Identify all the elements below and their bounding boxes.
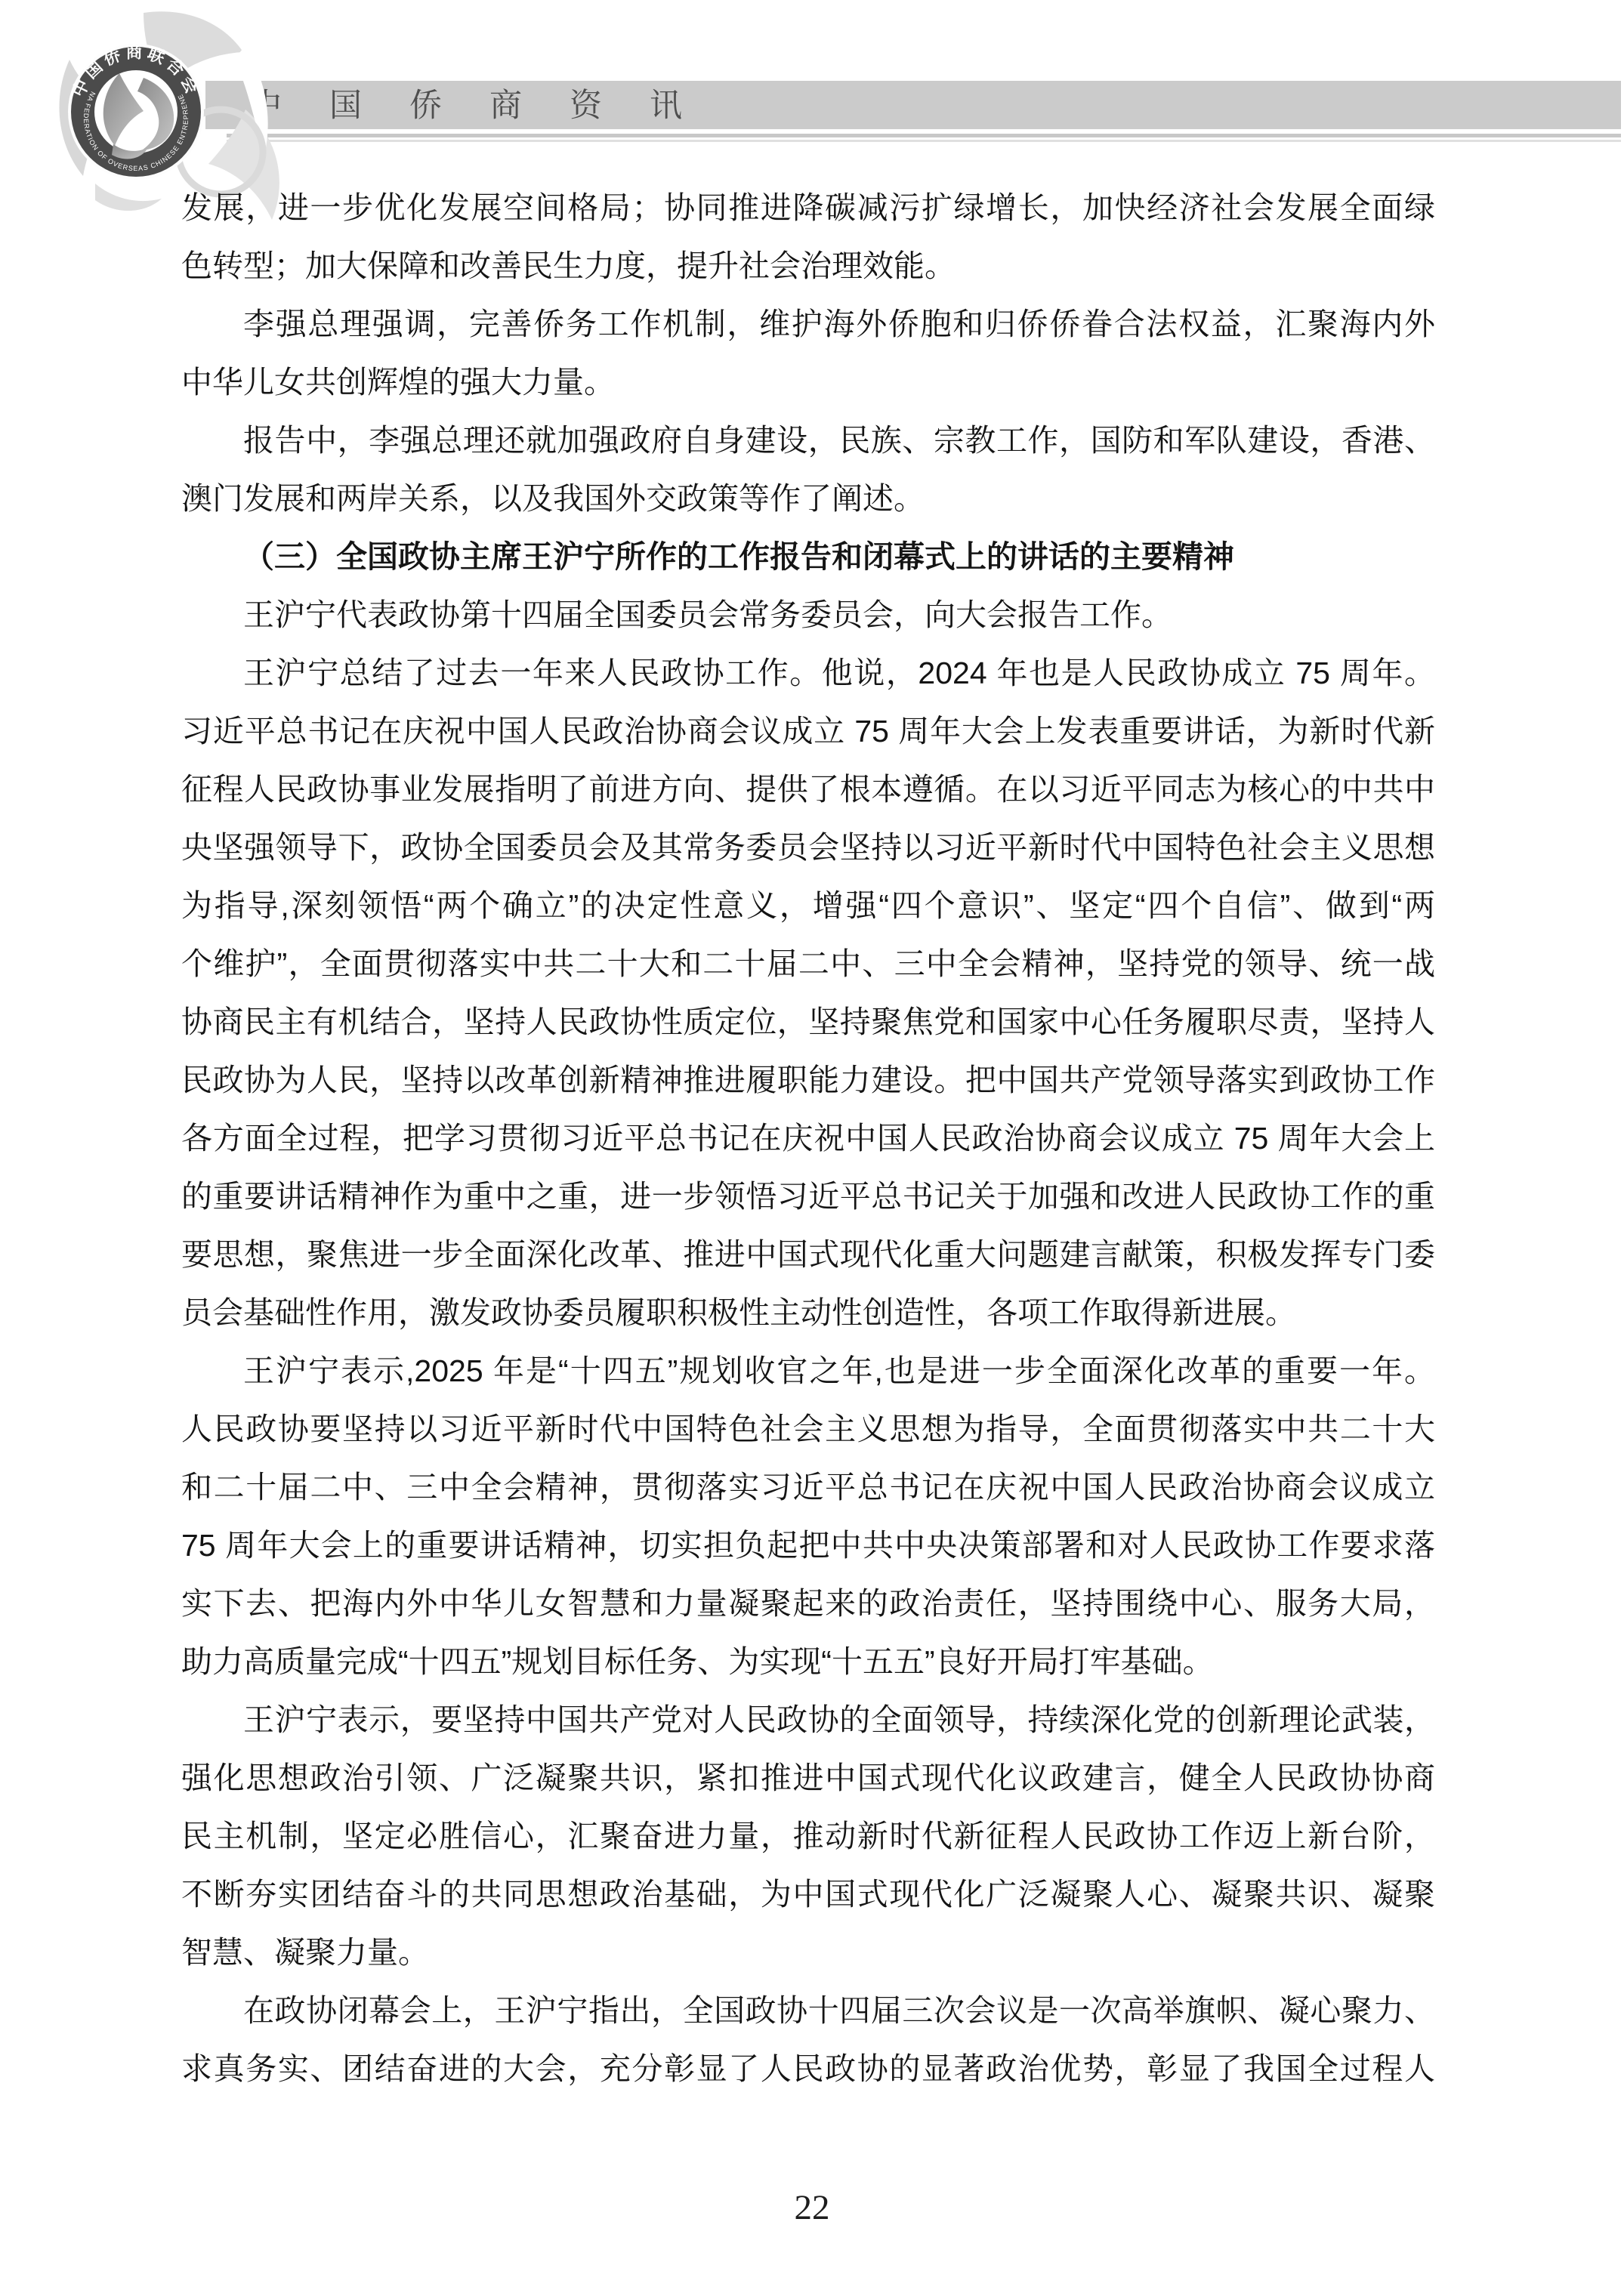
body-line: 民政协为人民，坚持以改革创新精神推进履职能力建设。把中国共产党领导落实到政协工作 [181,1051,1435,1109]
body-line: 民主机制，坚定必胜信心，汇聚奋进力量，推动新时代新征程人民政协工作迈上新台阶， [181,1807,1435,1866]
document-page: { "header": { "masthead_title": "中国侨商资讯"… [0,0,1624,2293]
body-line: 求真务实、团结奋进的大会，充分彰显了人民政协的显著政治优势，彰显了我国全过程人 [181,2040,1435,2098]
body-line: 助力高质量完成“十四五”规划目标任务、为实现“十五五”良好开局打牢基础。 [181,1633,1435,1691]
body-line: 报告中，李强总理还就加强政府自身建设，民族、宗教工作，国防和军队建设，香港、 [181,412,1435,470]
body-line: 习近平总书记在庆祝中国人民政治协商会议成立 75 周年大会上发表重要讲话，为新时… [181,702,1435,761]
body-line: 在政协闭幕会上，王沪宁指出，全国政协十四届三次会议是一次高举旗帜、凝心聚力、 [181,1982,1435,2040]
body-line: 央坚强领导下，政协全国委员会及其常务委员会坚持以习近平新时代中国特色社会主义思想 [181,819,1435,877]
body-line: 澳门发展和两岸关系，以及我国外交政策等作了阐述。 [181,470,1435,528]
body-line: 实下去、把海内外中华儿女智慧和力量凝聚起来的政治责任，坚持围绕中心、服务大局， [181,1575,1435,1633]
body-line: （三）全国政协主席王沪宁所作的工作报告和闭幕式上的讲话的主要精神 [181,528,1435,586]
body-line: 李强总理强调，完善侨务工作机制，维护海外侨胞和归侨侨眷合法权益，汇聚海内外 [181,295,1435,353]
body-line: 的重要讲话精神作为重中之重，进一步领悟习近平总书记关于加强和改进人民政协工作的重 [181,1168,1435,1226]
body-line: 协商民主有机结合，坚持人民政协性质定位，坚持聚焦党和国家中心任务履职尽责，坚持人 [181,993,1435,1051]
body-line: 中华儿女共创辉煌的强大力量。 [181,353,1435,412]
body-line: 各方面全过程，把学习贯彻习近平总书记在庆祝中国人民政治协商会议成立 75 周年大… [181,1109,1435,1168]
body-line: 智慧、凝聚力量。 [181,1924,1435,1982]
body-text: 发展，进一步优化发展空间格局；协同推进降碳减污扩绿增长，加快经济社会发展全面绿色… [181,179,1435,2098]
body-line: 要思想，聚焦进一步全面深化改革、推进中国式现代化重大问题建言献策，积极发挥专门委 [181,1226,1435,1284]
body-line: 王沪宁表示,2025 年是“十四五”规划收官之年,也是进一步全面深化改革的重要一… [181,1342,1435,1400]
masthead-rule-top [227,134,1621,137]
body-line: 王沪宁代表政协第十四届全国委员会常务委员会，向大会报告工作。 [181,586,1435,644]
body-line: 强化思想政治引领、广泛凝聚共识，紧扣推进中国式现代化议政建言，健全人民政协协商 [181,1749,1435,1807]
body-line: 不断夯实团结奋斗的共同思想政治基础，为中国式现代化广泛凝聚人心、凝聚共识、凝聚 [181,1866,1435,1924]
masthead-rule-bottom [227,140,1621,142]
body-line: 色转型；加大保障和改善民生力度，提升社会治理效能。 [181,237,1435,295]
body-line: 征程人民政协事业发展指明了前进方向、提供了根本遵循。在以习近平同志为核心的中共中 [181,761,1435,819]
body-line: 员会基础性作用，激发政协委员履职积极性主动性创造性，各项工作取得新进展。 [181,1284,1435,1342]
body-line: 王沪宁表示，要坚持中国共产党对人民政协的全面领导，持续深化党的创新理论武装， [181,1691,1435,1749]
page-number: 22 [0,2187,1624,2228]
body-line: 75 周年大会上的重要讲话精神，切实担负起把中共中央决策部署和对人民政协工作要求… [181,1517,1435,1575]
body-line: 发展，进一步优化发展空间格局；协同推进降碳减污扩绿增长，加快经济社会发展全面绿 [181,179,1435,237]
body-line: 和二十届二中、三中全会精神，贯彻落实习近平总书记在庆祝中国人民政治协商会议成立 [181,1458,1435,1517]
body-line: 个维护”，全面贯彻落实中共二十大和二十届二中、三中全会精神，坚持党的领导、统一战… [181,935,1435,993]
body-line: 为指导,深刻领悟“两个确立”的决定性意义，增强“四个意识”、坚定“四个自信”、做… [181,877,1435,935]
body-line: 人民政协要坚持以习近平新时代中国特色社会主义思想为指导，全面贯彻落实中共二十大 [181,1400,1435,1458]
body-line: 王沪宁总结了过去一年来人民政协工作。他说，2024 年也是人民政协成立 75 周… [181,644,1435,702]
masthead-band: 中国侨商资讯 [205,81,1621,129]
